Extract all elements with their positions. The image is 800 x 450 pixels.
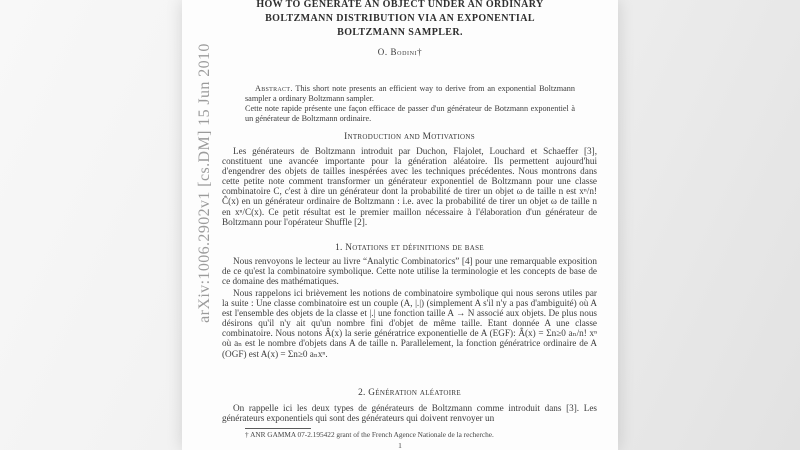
introduction-paragraph: Les générateurs de Boltzmann introduit p… <box>222 146 597 227</box>
section-heading-generation: 2. Génération aléatoire <box>222 388 597 398</box>
author-name: O. Bodini† <box>182 47 618 57</box>
notations-paragraph-2: Nous rappelons ici brièvement les notion… <box>222 288 597 359</box>
abstract-text-english: This short note presents an efficient wa… <box>245 84 575 103</box>
page-number: 1 <box>182 441 618 450</box>
abstract-block: Abstract. This short note presents an ef… <box>245 84 575 124</box>
paper-title-line-2: BOLTZMANN DISTRIBUTION VIA AN EXPONENTIA… <box>182 12 618 26</box>
section-heading-introduction: Introduction and Motivations <box>222 132 597 142</box>
notations-paragraph-1: Nous renvoyons le lecteur au livre “Anal… <box>222 256 597 286</box>
screenshot-root: arXiv:1006.2902v1 [cs.DM] 15 Jun 2010 HO… <box>0 0 800 450</box>
paper-title-line-3: BOLTZMANN SAMPLER. <box>182 26 618 40</box>
footnote-rule <box>245 428 311 429</box>
footnote-text: † ANR GAMMA 07-2.195422 grant of the Fre… <box>245 431 565 439</box>
abstract-text-french: Cette note rapide présente une façon eff… <box>245 104 575 124</box>
generation-paragraph: On rappelle ici les deux types de généra… <box>222 403 597 423</box>
arxiv-stamp: arXiv:1006.2902v1 [cs.DM] 15 Jun 2010 <box>196 23 216 343</box>
paper-title-line-1: HOW TO GENERATE AN OBJECT UNDER AN ORDIN… <box>182 0 618 12</box>
section-heading-notations: 1. Notations et définitions de base <box>222 243 597 253</box>
abstract-label: Abstract. <box>255 84 293 93</box>
paper-page: HOW TO GENERATE AN OBJECT UNDER AN ORDIN… <box>182 0 618 450</box>
abstract-english: Abstract. This short note presents an ef… <box>245 84 575 104</box>
paper-title: HOW TO GENERATE AN OBJECT UNDER AN ORDIN… <box>182 0 618 40</box>
